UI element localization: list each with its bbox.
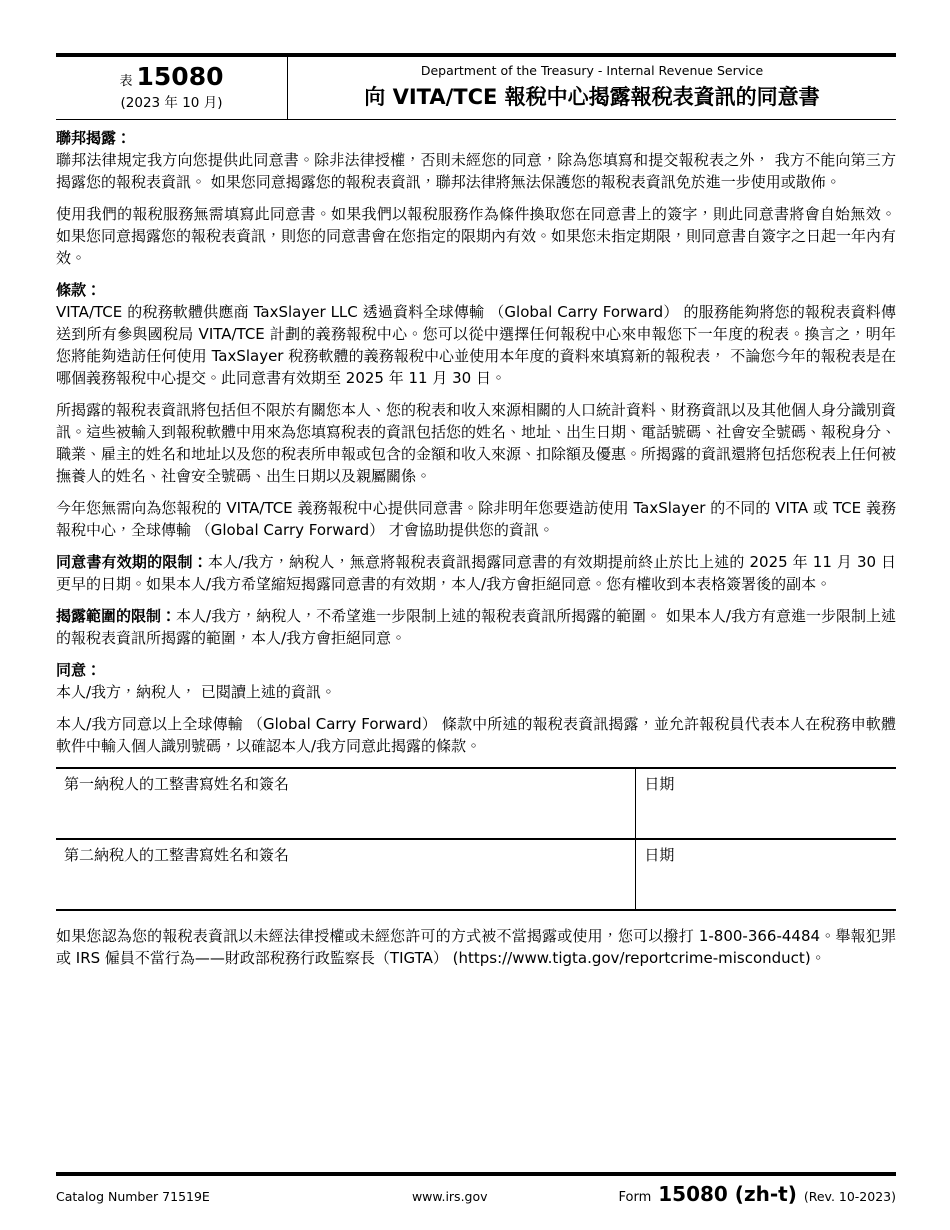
taxpayer2-name-label: 第二納稅人的工整書寫姓名和簽名 [64, 844, 627, 866]
terms-paragraph-3: 今年您無需向為您報稅的 VITA/TCE 義務報稅中心提供同意書。除非明年您要造… [56, 497, 896, 541]
section-federal-disclosure: 聯邦揭露： 聯邦法律規定我方向您提供此同意書。除非法律授權，否則未經您的同意，除… [56, 127, 896, 193]
agency-line: Department of the Treasury - Internal Re… [421, 63, 763, 78]
footer-form-number: 15080 (zh-t) [658, 1182, 797, 1206]
federal-disclosure-heading: 聯邦揭露： [56, 127, 896, 149]
footer-row: Catalog Number 71519E www.irs.gov Form 1… [56, 1182, 896, 1206]
terms-heading: 條款： [56, 279, 896, 301]
footer-revision: (Rev. 10-2023) [804, 1189, 896, 1204]
taxpayer2-signature-field[interactable] [64, 866, 627, 896]
taxpayer2-name-cell: 第二納稅人的工整書寫姓名和簽名 [56, 839, 636, 910]
form-word-label: 表 [120, 70, 133, 89]
footer-top-rule [56, 1172, 896, 1176]
report-misconduct-notice: 如果您認為您的報稅表資訊以未經法律授權或未經您許可的方式被不當揭露或使用，您可以… [56, 925, 896, 969]
scope-limit-heading: 揭露範圍的限制： [56, 607, 176, 625]
form-revision-date: (2023 年 10 月) [121, 91, 223, 111]
signature-table: 第一納稅人的工整書寫姓名和簽名 日期 第二納稅人的工整書寫姓名和簽名 日期 [56, 767, 896, 911]
catalog-number: Catalog Number 71519E [56, 1189, 319, 1204]
scope-limit-paragraph: 揭露範圍的限制：本人/我方，納稅人，不希望進一步限制上述的報稅表資訊所揭露的範圍… [56, 605, 896, 649]
scope-limit-text: 本人/我方，納稅人，不希望進一步限制上述的報稅表資訊所揭露的範圍。 如果本人/我… [56, 607, 896, 647]
notice-text-after-link: )。 [805, 949, 826, 967]
taxpayer1-date-field[interactable] [644, 795, 888, 825]
taxpayer2-date-field[interactable] [644, 866, 888, 896]
taxpayer1-date-cell: 日期 [636, 768, 896, 839]
consent-heading: 同意： [56, 659, 896, 681]
irs-website-link[interactable]: www.irs.gov [319, 1189, 582, 1204]
taxpayer2-date-cell: 日期 [636, 839, 896, 910]
consent-paragraph-2: 本人/我方同意以上全球傳輸 （Global Carry Forward） 條款中… [56, 713, 896, 757]
form-15080-page: 表 15080 (2023 年 10 月) Department of the … [0, 0, 950, 1230]
form-body-area: 表 15080 (2023 年 10 月) Department of the … [56, 53, 896, 979]
form-content: 聯邦揭露： 聯邦法律規定我方向您提供此同意書。除非法律授權，否則未經您的同意，除… [56, 127, 896, 969]
federal-disclosure-paragraph-2: 使用我們的報稅服務無需填寫此同意書。如果我們以報稅服務作為條件換取您在同意書上的… [56, 203, 896, 269]
form-number-box: 表 15080 (2023 年 10 月) [56, 57, 288, 119]
footer-form-id: Form 15080 (zh-t) (Rev. 10-2023) [581, 1182, 896, 1206]
form-title: 向 VITA/TCE 報稅中心揭露報稅表資訊的同意書 [364, 81, 819, 111]
form-footer: Catalog Number 71519E www.irs.gov Form 1… [56, 1172, 896, 1206]
form-header: 表 15080 (2023 年 10 月) Department of the … [56, 57, 896, 120]
terms-paragraph-1: VITA/TCE 的稅務軟體供應商 TaxSlayer LLC 透過資料全球傳輸… [56, 301, 896, 389]
taxpayer1-date-label: 日期 [644, 773, 888, 795]
taxpayer1-signature-field[interactable] [64, 795, 627, 825]
federal-disclosure-paragraph-1: 聯邦法律規定我方向您提供此同意書。除非法律授權，否則未經您的同意，除為您填寫和提… [56, 149, 896, 193]
form-number: 15080 [137, 64, 224, 89]
taxpayer1-name-label: 第一納稅人的工整書寫姓名和簽名 [64, 773, 627, 795]
duration-limit-paragraph: 同意書有效期的限制：本人/我方，納稅人，無意將報稅表資訊揭露同意書的有效期提前終… [56, 551, 896, 595]
section-consent: 同意： 本人/我方，納稅人， 已閱讀上述的資訊。 [56, 659, 896, 703]
tigta-link[interactable]: https://www.tigta.gov/reportcrime-miscon… [458, 949, 804, 967]
taxpayer1-signature-row: 第一納稅人的工整書寫姓名和簽名 日期 [56, 768, 896, 839]
form-title-box: Department of the Treasury - Internal Re… [288, 57, 896, 119]
duration-limit-heading: 同意書有效期的限制： [56, 553, 208, 571]
footer-form-word: Form [619, 1190, 652, 1205]
taxpayer2-date-label: 日期 [644, 844, 888, 866]
consent-paragraph-1: 本人/我方，納稅人， 已閱讀上述的資訊。 [56, 681, 896, 703]
section-terms: 條款： VITA/TCE 的稅務軟體供應商 TaxSlayer LLC 透過資料… [56, 279, 896, 389]
taxpayer1-name-cell: 第一納稅人的工整書寫姓名和簽名 [56, 768, 636, 839]
taxpayer2-signature-row: 第二納稅人的工整書寫姓名和簽名 日期 [56, 839, 896, 910]
terms-paragraph-2: 所揭露的報稅表資訊將包括但不限於有關您本人、您的稅表和收入來源相關的人口統計資料… [56, 399, 896, 487]
form-number-line: 表 15080 [120, 64, 224, 89]
